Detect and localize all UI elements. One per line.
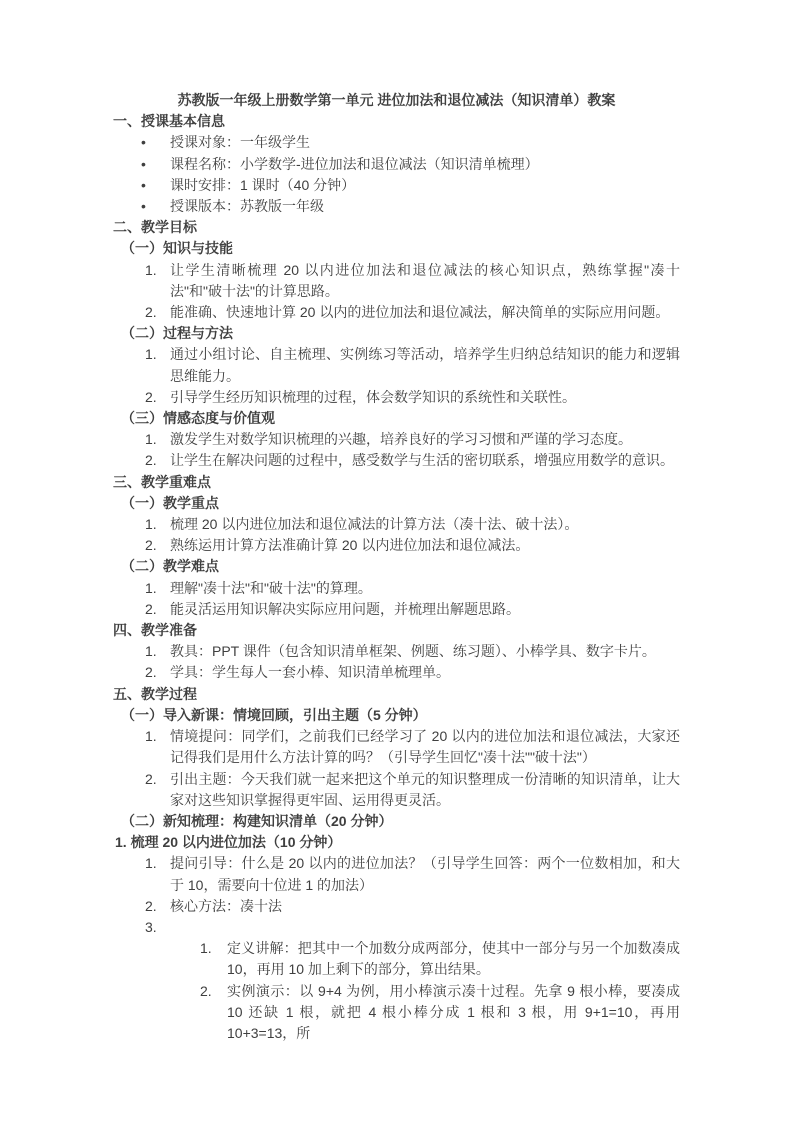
- list-item-text: 学具：学生每人一套小棒、知识清单梳理单。: [170, 664, 450, 680]
- numbered-list-item: 2.学具：学生每人一套小棒、知识清单梳理单。: [113, 662, 680, 683]
- list-number: 1.: [145, 578, 157, 599]
- list-item-text: 梳理 20 以内进位加法和退位减法的计算方法（凑十法、破十法）。: [170, 516, 578, 532]
- bullet-list-item: •课程名称：小学数学-进位加法和退位减法（知识清单梳理）: [113, 154, 680, 175]
- list-number: 2.: [145, 302, 157, 323]
- section-heading: 二、教学目标: [113, 217, 680, 238]
- list-item-text: 激发学生对数学知识梳理的兴趣，培养良好的学习习惯和严谨的学习态度。: [170, 431, 632, 447]
- bullet-list-item: •授课版本：苏教版一年级: [113, 196, 680, 217]
- list-item-text: 授课版本：苏教版一年级: [170, 198, 324, 214]
- list-number: 1.: [145, 260, 157, 281]
- list-item-text: 让学生在解决问题的过程中，感受数学与生活的密切联系，增强应用数学的意识。: [170, 452, 674, 468]
- numbered-list-item: 1.教具：PPT 课件（包含知识清单框架、例题、练习题）、小棒学具、数字卡片。: [113, 641, 680, 662]
- numbered-list-item: 1.理解"凑十法"和"破十法"的算理。: [113, 578, 680, 599]
- list-item-text: 通过小组讨论、自主梳理、实例练习等活动，培养学生归纳总结知识的能力和逻辑思维能力…: [170, 346, 680, 383]
- numbered-list-item: 3.: [113, 917, 680, 938]
- numbered-list-item: 2.引出主题：今天我们就一起来把这个单元的知识整理成一份清晰的知识清单，让大家对…: [113, 769, 680, 811]
- list-number: 1.: [145, 726, 157, 747]
- list-item-text: 课程名称：小学数学-进位加法和退位减法（知识清单梳理）: [170, 156, 539, 172]
- list-number: 1.: [145, 514, 157, 535]
- list-number: 1.: [145, 344, 157, 365]
- list-item-text: 实例演示：以 9+4 为例，用小棒演示凑十过程。先拿 9 根小棒，要凑成 10 …: [227, 983, 680, 1041]
- list-item-text: 授课对象：一年级学生: [170, 134, 310, 150]
- list-item-text: 让学生清晰梳理 20 以内进位加法和退位减法的核心知识点，熟练掌握"凑十法"和"…: [170, 262, 680, 299]
- numbered-heading: 1. 梳理 20 以内进位加法（10 分钟）: [113, 832, 680, 853]
- list-number: 1.: [145, 429, 157, 450]
- numbered-list-item: 2.熟练运用计算方法准确计算 20 以内进位加法和退位减法。: [113, 535, 680, 556]
- list-item-text: 引出主题：今天我们就一起来把这个单元的知识整理成一份清晰的知识清单，让大家对这些…: [170, 771, 680, 808]
- list-item-text: 能准确、快速地计算 20 以内的进位加法和退位减法，解决简单的实际应用问题。: [170, 304, 669, 320]
- list-number: 1.: [145, 641, 157, 662]
- list-number: 2.: [145, 599, 157, 620]
- subsection-heading: （一）知识与技能: [113, 238, 680, 259]
- document-title: 苏教版一年级上册数学第一单元 进位加法和退位减法（知识清单）教案: [113, 90, 680, 111]
- numbered-list-item: 1.激发学生对数学知识梳理的兴趣，培养良好的学习习惯和严谨的学习态度。: [113, 429, 680, 450]
- document-body: 苏教版一年级上册数学第一单元 进位加法和退位减法（知识清单）教案一、授课基本信息…: [113, 90, 680, 1044]
- numbered-list-item: 2.能灵活运用知识解决实际应用问题，并梳理出解题思路。: [113, 599, 680, 620]
- numbered-list-item: 1.情境提问：同学们，之前我们已经学习了 20 以内的进位加法和退位减法，大家还…: [113, 726, 680, 768]
- section-heading: 四、教学准备: [113, 620, 680, 641]
- numbered-list-item: 1.提问引导：什么是 20 以内的进位加法？（引导学生回答：两个一位数相加，和大…: [113, 853, 680, 895]
- list-item-text: 提问引导：什么是 20 以内的进位加法？（引导学生回答：两个一位数相加，和大于 …: [170, 855, 680, 892]
- numbered-list-item: 1.让学生清晰梳理 20 以内进位加法和退位减法的核心知识点，熟练掌握"凑十法"…: [113, 260, 680, 302]
- bullet-list-item: •授课对象：一年级学生: [113, 132, 680, 153]
- list-number: 2.: [200, 981, 212, 1002]
- list-number: 2.: [145, 387, 157, 408]
- list-item-text: 教具：PPT 课件（包含知识清单框架、例题、练习题）、小棒学具、数字卡片。: [170, 643, 656, 659]
- bullet-icon: •: [141, 154, 146, 175]
- section-heading: 五、教学过程: [113, 684, 680, 705]
- bullet-icon: •: [141, 132, 146, 153]
- list-item-text: 能灵活运用知识解决实际应用问题，并梳理出解题思路。: [170, 601, 520, 617]
- nested-numbered-list-item: 2.实例演示：以 9+4 为例，用小棒演示凑十过程。先拿 9 根小棒，要凑成 1…: [113, 981, 680, 1045]
- subsection-heading: （三）情感态度与价值观: [113, 408, 680, 429]
- list-number: 1.: [145, 853, 157, 874]
- subsection-heading: （二）过程与方法: [113, 323, 680, 344]
- list-item-text: 课时安排：1 课时（40 分钟）: [170, 177, 355, 193]
- list-item-text: 定义讲解：把其中一个加数分成两部分，使其中一部分与另一个加数凑成 10，再用 1…: [227, 940, 680, 977]
- bullet-icon: •: [141, 196, 146, 217]
- list-number: 3.: [145, 917, 157, 938]
- subsection-heading: （一）教学重点: [113, 493, 680, 514]
- list-number: 2.: [145, 535, 157, 556]
- numbered-list-item: 1.梳理 20 以内进位加法和退位减法的计算方法（凑十法、破十法）。: [113, 514, 680, 535]
- list-item-text: 引导学生经历知识梳理的过程，体会数学知识的系统性和关联性。: [170, 389, 576, 405]
- numbered-list-item: 2.能准确、快速地计算 20 以内的进位加法和退位减法，解决简单的实际应用问题。: [113, 302, 680, 323]
- subsection-heading: （二）新知梳理：构建知识清单（20 分钟）: [113, 811, 680, 832]
- section-heading: 一、授课基本信息: [113, 111, 680, 132]
- numbered-list-item: 1.通过小组讨论、自主梳理、实例练习等活动，培养学生归纳总结知识的能力和逻辑思维…: [113, 344, 680, 386]
- list-item-text: 熟练运用计算方法准确计算 20 以内进位加法和退位减法。: [170, 537, 529, 553]
- subsection-heading: （一）导入新课：情境回顾，引出主题（5 分钟）: [113, 705, 680, 726]
- list-item-text: 核心方法：凑十法: [170, 898, 282, 914]
- section-heading: 三、教学重难点: [113, 472, 680, 493]
- list-number: 2.: [145, 662, 157, 683]
- nested-numbered-list-item: 1.定义讲解：把其中一个加数分成两部分，使其中一部分与另一个加数凑成 10，再用…: [113, 938, 680, 980]
- numbered-list-item: 2.让学生在解决问题的过程中，感受数学与生活的密切联系，增强应用数学的意识。: [113, 450, 680, 471]
- list-item-text: 情境提问：同学们，之前我们已经学习了 20 以内的进位加法和退位减法，大家还记得…: [170, 728, 680, 765]
- list-item-text: 理解"凑十法"和"破十法"的算理。: [170, 580, 372, 596]
- list-number: 2.: [145, 450, 157, 471]
- numbered-list-item: 2.核心方法：凑十法: [113, 896, 680, 917]
- list-number: 1.: [200, 938, 212, 959]
- list-number: 2.: [145, 769, 157, 790]
- subsection-heading: （二）教学难点: [113, 556, 680, 577]
- list-number: 2.: [145, 896, 157, 917]
- bullet-list-item: •课时安排：1 课时（40 分钟）: [113, 175, 680, 196]
- document-page: 苏教版一年级上册数学第一单元 进位加法和退位减法（知识清单）教案一、授课基本信息…: [0, 0, 794, 1123]
- numbered-list-item: 2.引导学生经历知识梳理的过程，体会数学知识的系统性和关联性。: [113, 387, 680, 408]
- bullet-icon: •: [141, 175, 146, 196]
